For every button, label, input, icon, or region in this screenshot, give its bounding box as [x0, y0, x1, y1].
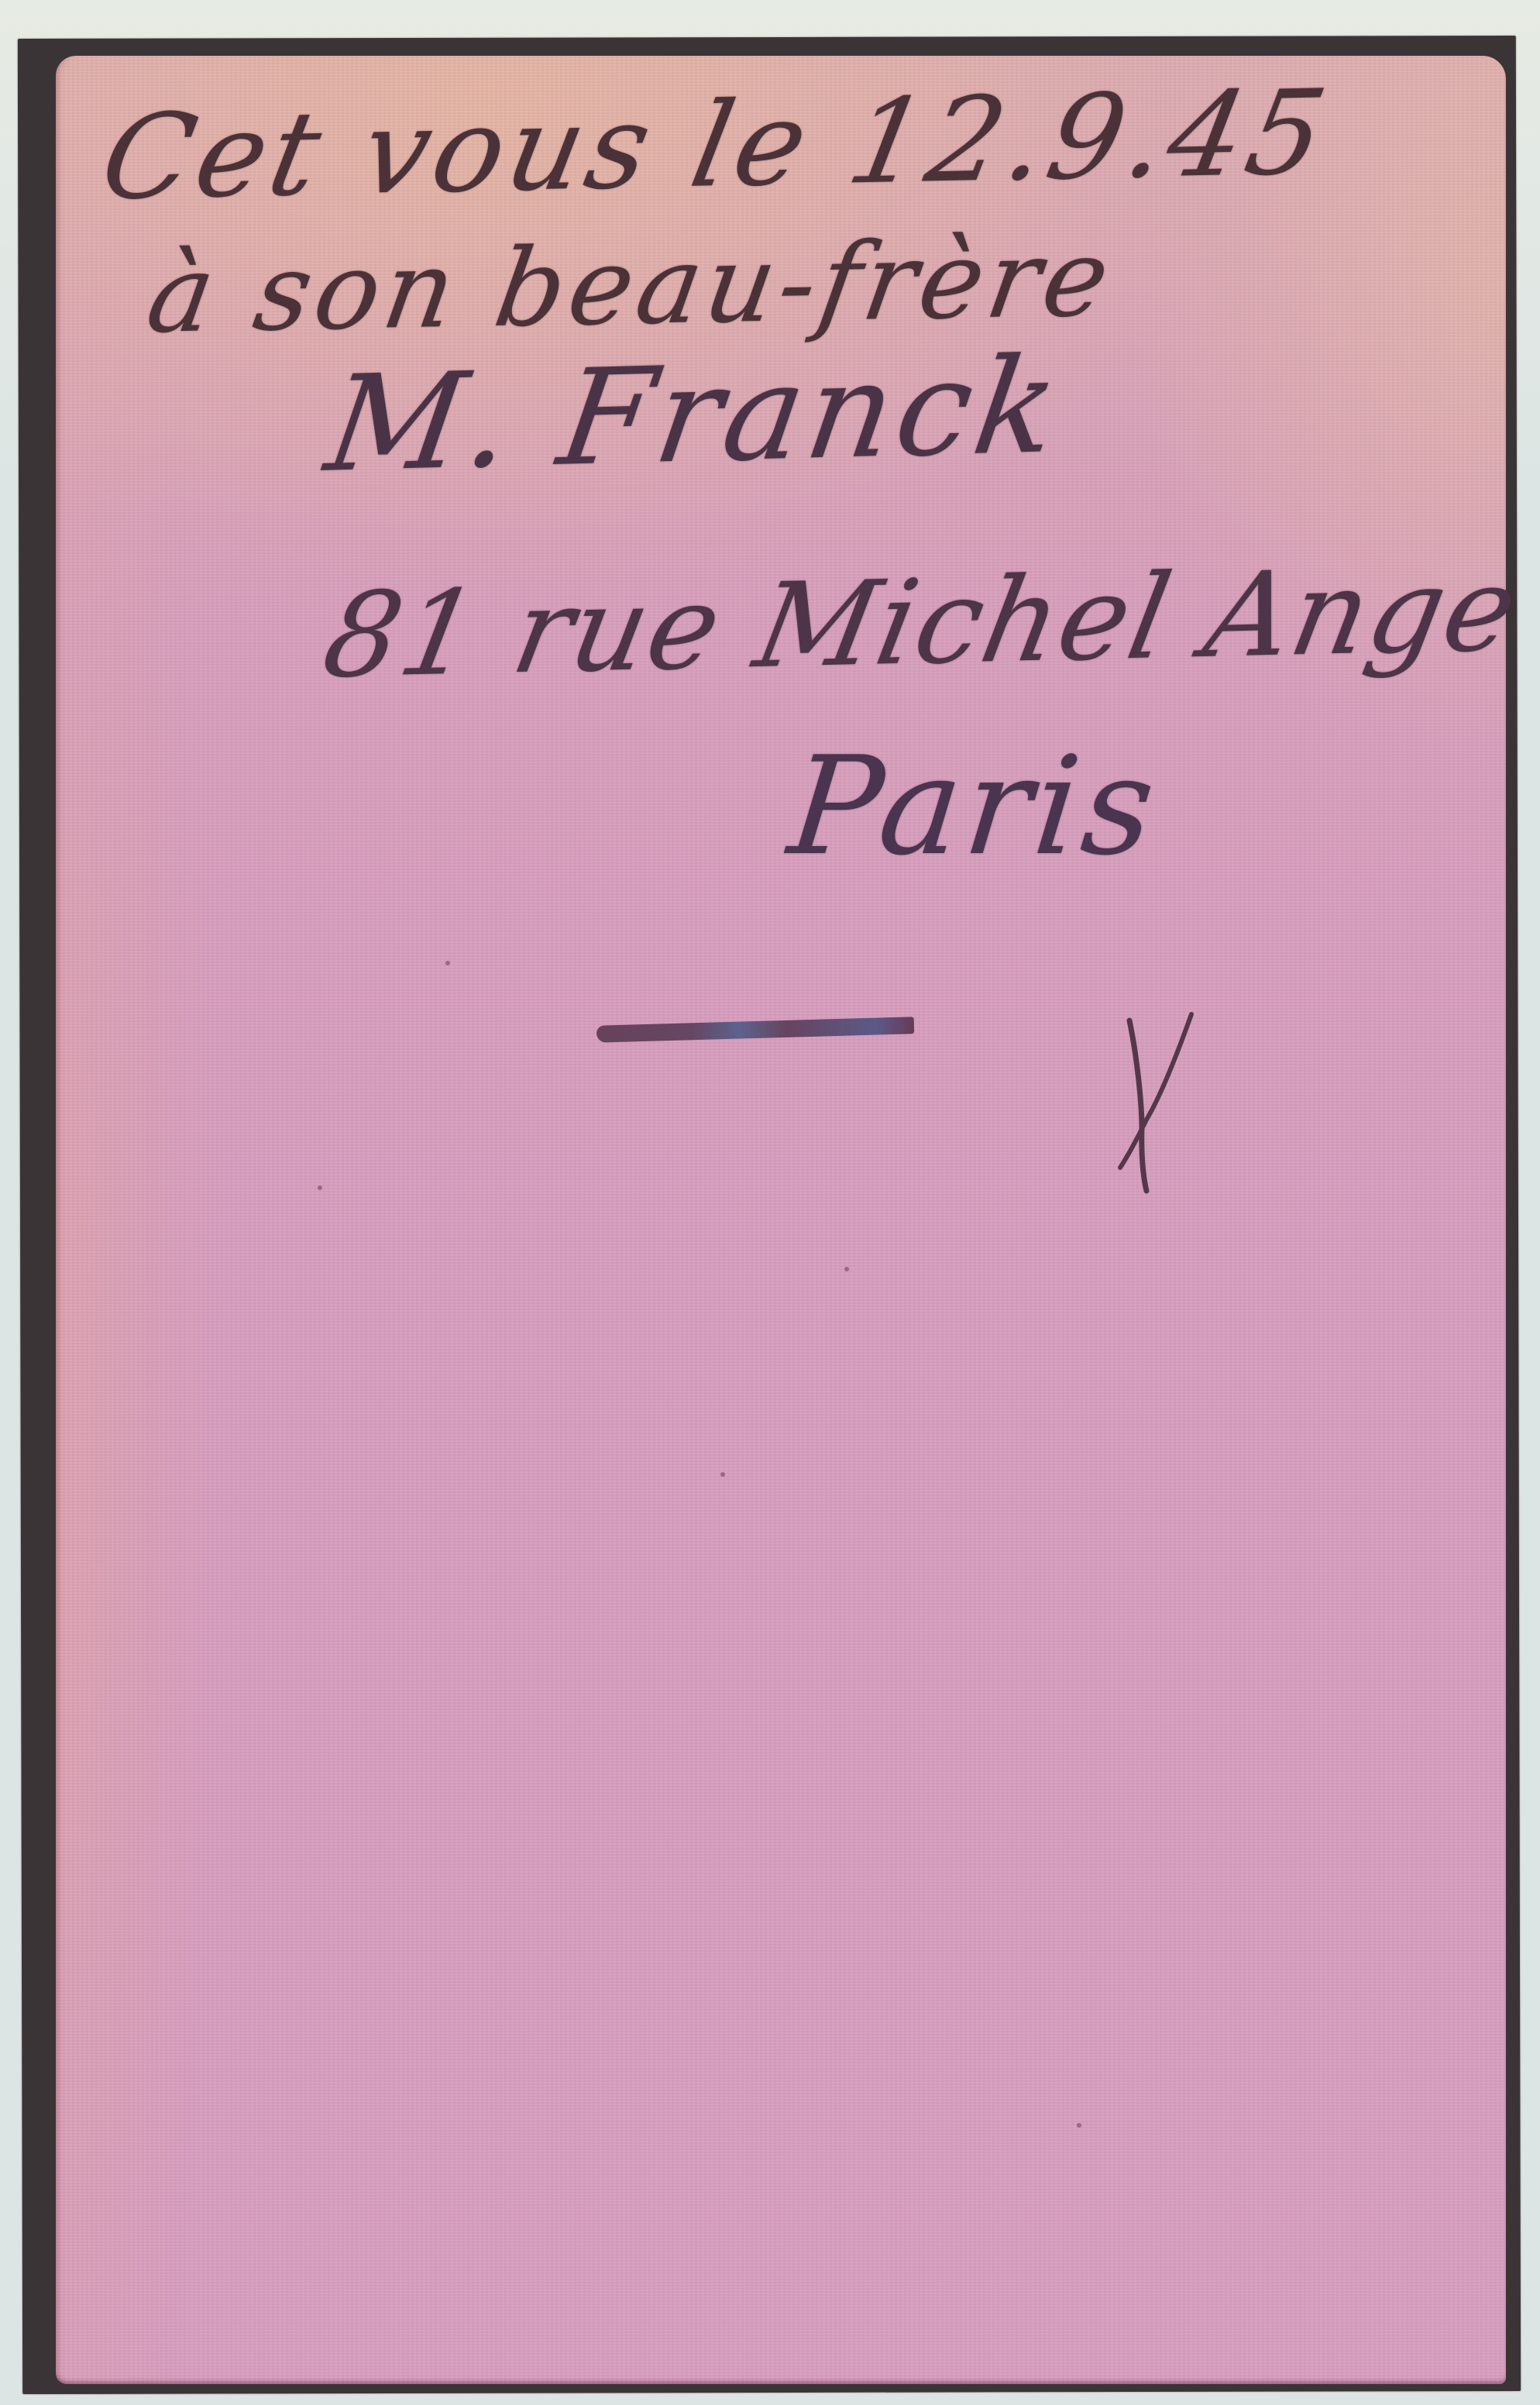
paper-speck [720, 1472, 725, 1477]
handwriting-line-name: M. Franck [318, 329, 1072, 502]
handwriting-line-city: Paris [782, 728, 1166, 886]
handwriting-line-date: Cet vous le 12.9.45 [91, 65, 1340, 226]
paper-speck [1077, 2123, 1081, 2128]
paper-speck [318, 1185, 322, 1190]
paper-speck [445, 961, 450, 965]
cross-mark-icon [1115, 1011, 1201, 1197]
paper-speck [844, 1267, 849, 1271]
handwriting-line-street: 81 rue Michel Ange [314, 542, 1528, 704]
